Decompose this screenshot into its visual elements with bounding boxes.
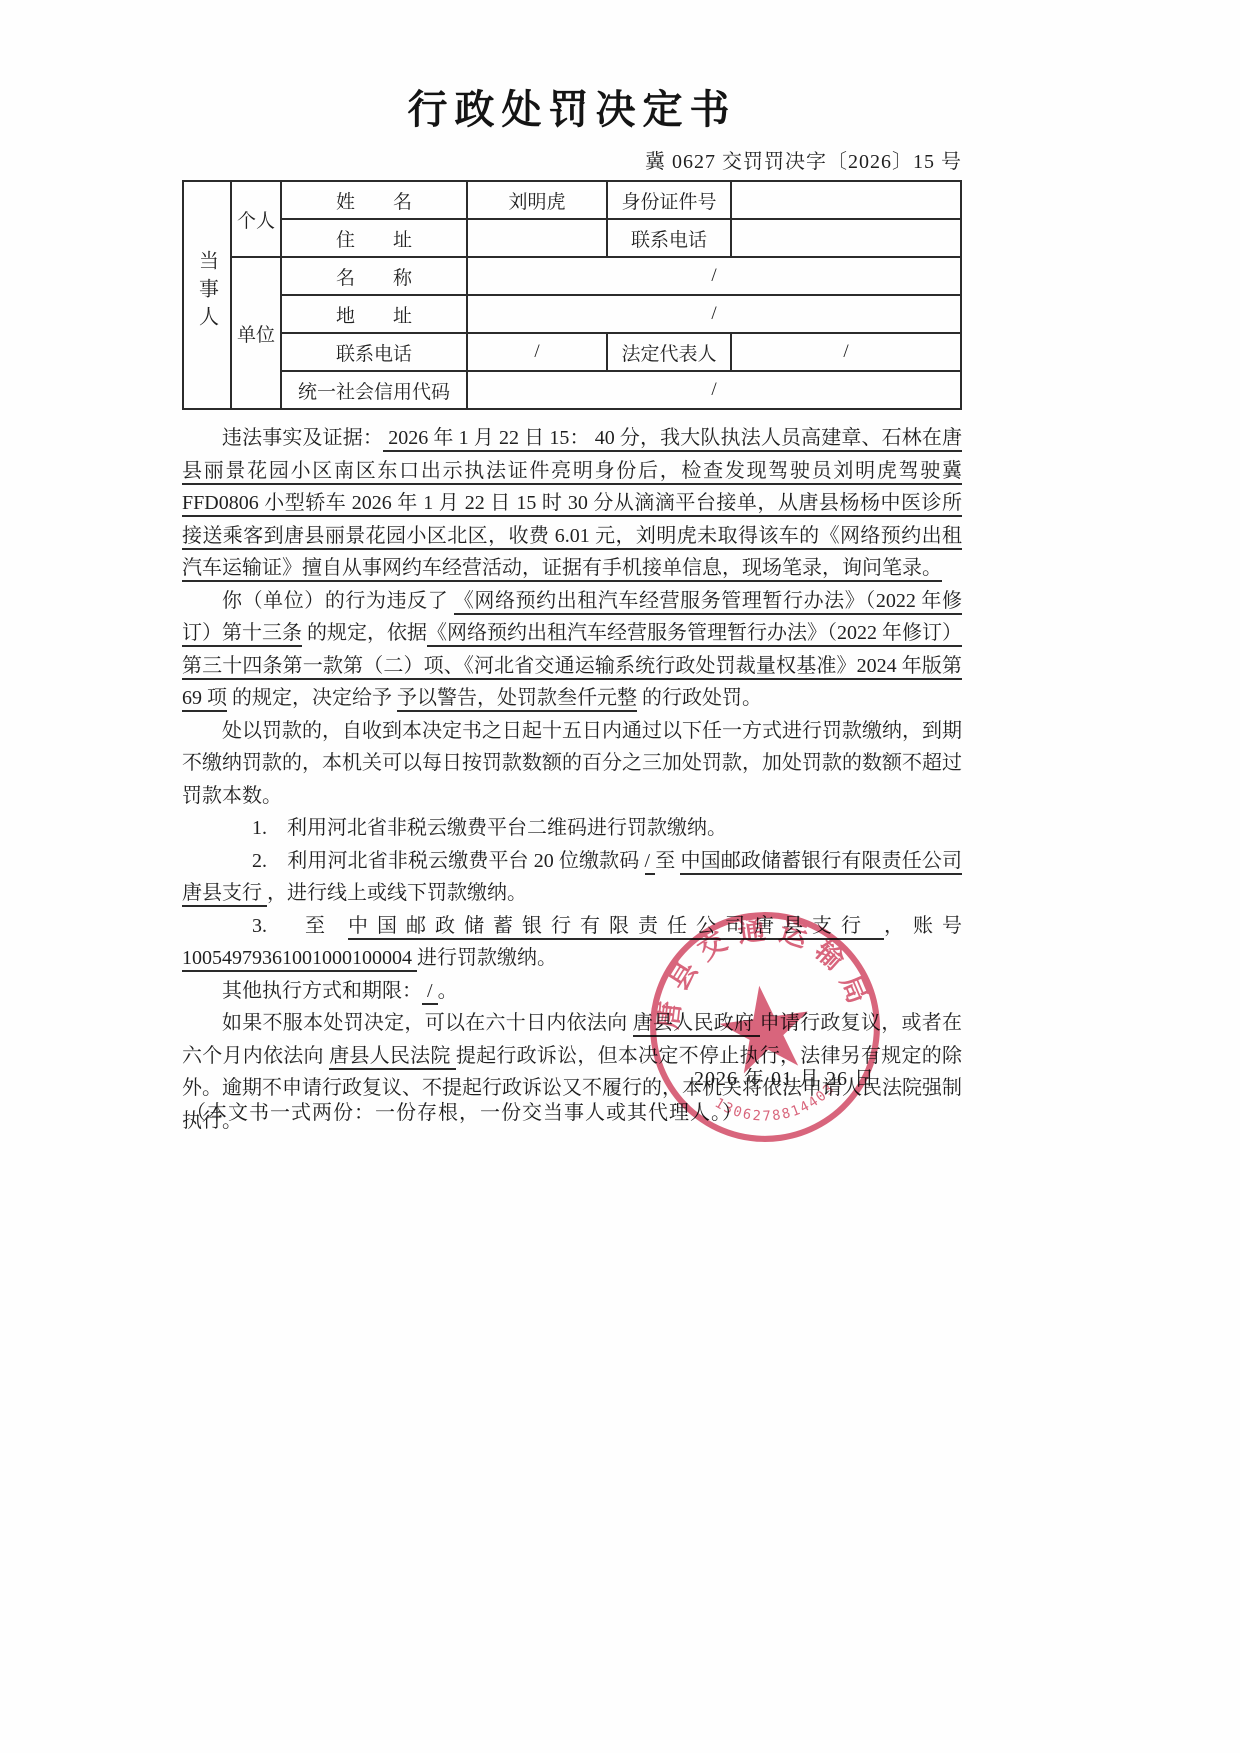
payment-notice-paragraph: 处以罚款的，自收到本决定书之日起十五日内通过以下任一方式进行罚款缴纳，到期不缴纳… [182,715,962,813]
unit-legal-rep-value: / [731,333,961,371]
static-text: 3. 至 [252,915,348,937]
unit-address-label: 地 址 [281,295,467,333]
unit-name-value: / [467,257,961,295]
person-name-value: 刘明虎 [467,181,607,219]
person-address-label: 住 址 [281,219,467,257]
unit-legal-rep-label: 法定代表人 [607,333,731,371]
party-label: 当事人 [193,250,222,334]
person-name-label: 姓 名 [281,181,467,219]
filled-blank-text: 唐县人民政府 [633,1012,760,1037]
table-row: 住 址 联系电话 [183,219,961,257]
static-text: 至 [655,850,680,872]
person-id-label: 身份证件号 [607,181,731,219]
table-row: 地 址 / [183,295,961,333]
static-text: 的规定，决定给予 [227,687,397,709]
static-text: ，进行线上或线下罚款缴纳。 [267,882,527,904]
person-phone-label: 联系电话 [607,219,731,257]
filled-blank-text: 唐县人民法院 [329,1045,456,1070]
static-text: 的行政处罚。 [637,687,762,709]
filled-blank-text: 2026 年 1 月 22 日 15： 40 分，我大队执法人员高建章、石林在唐… [182,427,962,582]
unit-address-value: / [467,295,961,333]
table-row: 联系电话 / 法定代表人 / [183,333,961,371]
unit-group-cell: 单位 [231,257,281,409]
static-text: 违法事实及证据： [222,427,383,449]
static-text: 如果不服本处罚决定，可以在六十日内依法向 [222,1012,633,1034]
person-address-value [467,219,607,257]
unit-phone-value: / [467,333,607,371]
facts-paragraph: 违法事实及证据： 2026 年 1 月 22 日 15： 40 分，我大队执法人… [182,422,962,585]
static-text: 的规定，依据 [302,622,427,644]
table-row: 当事人 个人 姓 名 刘明虎 身份证件号 [183,181,961,219]
scanned-penalty-document: 行政处罚决定书 冀 0627 交罚罚决字〔2026〕15 号 当事人 个人 姓 … [0,0,1240,1753]
static-text: 1. 利用河北省非税云缴费平台二维码进行罚款缴纳。 [252,817,727,839]
person-group-cell: 个人 [231,181,281,257]
violation-paragraph: 你（单位）的行为违反了 《网络预约出租汽车经营服务管理暂行办法》（2022 年修… [182,585,962,715]
filled-blank-text: 中国邮政储蓄银行有限责任公司唐县支行 [348,915,884,940]
copy-note: （本文书一式两份：一份存根，一份交当事人或其代理人。） [186,1096,743,1125]
unit-credit-code-label: 统一社会信用代码 [281,371,467,409]
filled-blank-text: / [645,850,656,875]
static-text: 进行罚款缴纳。 [417,947,557,969]
static-text: 2. 利用河北省非税云缴费平台 20 位缴款码 [252,850,645,872]
unit-credit-code-value: / [467,371,961,409]
issue-date: 2026 年 01 月 26 日 [694,1062,875,1091]
payment-method-3: 3. 至 中国邮政储蓄银行有限责任公司唐县支行 ，账号 100549793610… [182,910,962,975]
document-body: 违法事实及证据： 2026 年 1 月 22 日 15： 40 分，我大队执法人… [182,422,962,1137]
static-text: 其他执行方式和期限： [222,980,422,1002]
document-number: 冀 0627 交罚罚决字〔2026〕15 号 [182,145,962,174]
other-method-paragraph: 其他执行方式和期限： / 。 [182,975,962,1008]
payment-method-2: 2. 利用河北省非税云缴费平台 20 位缴款码 / 至 中国邮政储蓄银行有限责任… [182,845,962,910]
person-id-value [731,181,961,219]
party-label-cell: 当事人 [183,181,231,409]
unit-phone-label: 联系电话 [281,333,467,371]
payment-method-1: 1. 利用河北省非税云缴费平台二维码进行罚款缴纳。 [182,812,962,845]
static-text: 处以罚款的，自收到本决定书之日起十五日内通过以下任一方式进行罚款缴纳，到期不缴纳… [182,720,962,807]
static-text: ，账号 [884,915,962,937]
table-row: 统一社会信用代码 / [183,371,961,409]
document-sheet: 行政处罚决定书 冀 0627 交罚罚决字〔2026〕15 号 当事人 个人 姓 … [182,78,962,1137]
person-phone-value [731,219,961,257]
document-title: 行政处罚决定书 [182,78,962,135]
party-info-table: 当事人 个人 姓 名 刘明虎 身份证件号 住 址 联系电话 单位 名 称 [182,180,962,410]
filled-blank-text: / [422,980,438,1005]
filled-blank-text: 10054979361001000100004 [182,947,417,972]
table-row: 单位 名 称 / [183,257,961,295]
unit-name-label: 名 称 [281,257,467,295]
filled-blank-text: 予以警告，处罚款叁仟元整 [397,687,637,712]
static-text: 你（单位）的行为违反了 [222,590,454,612]
static-text: 。 [438,980,458,1002]
